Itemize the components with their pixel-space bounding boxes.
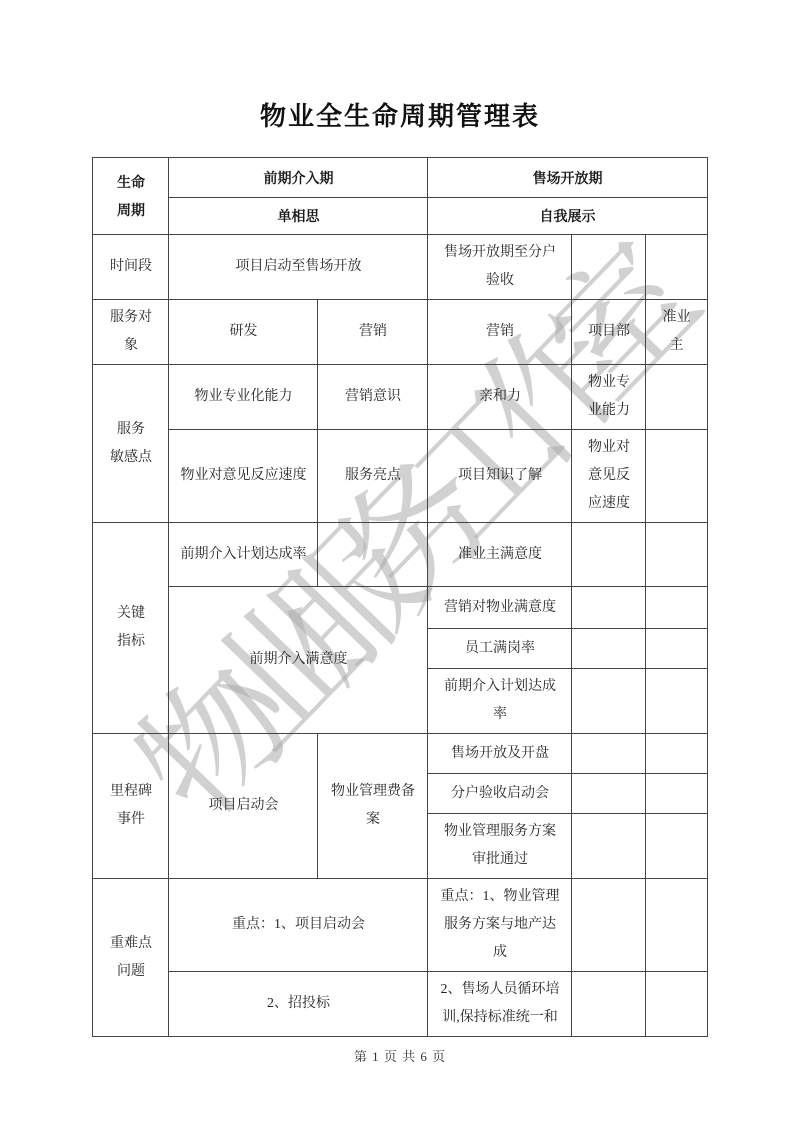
label-line: 里程碑 <box>103 778 158 806</box>
empty-cell <box>572 587 646 629</box>
cell-difficulty-phase1-1: 重点：1、项目启动会 <box>169 879 428 972</box>
empty-cell <box>646 365 707 430</box>
empty-cell <box>572 879 646 972</box>
cell-target-rd: 研发 <box>169 300 318 365</box>
table-row: 单相思 自我展示 <box>93 198 707 235</box>
label-line: 关键 <box>103 600 158 628</box>
header-phase1-name: 前期介入期 <box>169 158 428 198</box>
cell-milestone-phase2-2: 分户验收启动会 <box>428 774 572 814</box>
header-phase2-theme: 自我展示 <box>428 198 707 235</box>
empty-cell <box>646 587 707 629</box>
cell-target-project-dept: 项目部 <box>572 300 646 365</box>
label-line: 事件 <box>103 806 158 834</box>
row-label-time-period: 时间段 <box>93 235 169 300</box>
cell-milestone-phase1-kickoff: 项目启动会 <box>169 734 318 879</box>
empty-cell <box>646 430 707 523</box>
cell-indicator-phase1-top: 前期介入计划达成率 <box>169 523 318 587</box>
table-row: 前期介入满意度 营销对物业满意度 <box>93 587 707 629</box>
cell-indicator-phase2-4: 前期介入计划达成率 <box>428 669 572 734</box>
empty-cell <box>572 235 646 300</box>
table-row: 2、招投标 2、售场人员循环培训,保持标准统一和 <box>93 972 707 1037</box>
cell-indicator-phase2-2: 营销对物业满意度 <box>428 587 572 629</box>
label-line: 重难点 <box>103 930 158 958</box>
header-phase2-name: 售场开放期 <box>428 158 707 198</box>
table-row: 物业对意见反应速度 服务亮点 项目知识了解 物业对意见反应速度 <box>93 430 707 523</box>
table-row: 服务 敏感点 物业专业化能力 营销意识 亲和力 物业专业能力 <box>93 365 707 430</box>
cell-target-marketing2: 营销 <box>428 300 572 365</box>
empty-cell <box>646 523 707 587</box>
empty-cell <box>646 669 707 734</box>
row-label-key-indicators: 关键 指标 <box>93 523 169 734</box>
table-row: 关键 指标 前期介入计划达成率 准业主满意度 <box>93 523 707 587</box>
label-line: 周期 <box>103 196 158 224</box>
cell-target-marketing1: 营销 <box>318 300 428 365</box>
cell-sensitive-r2c4: 物业对意见反应速度 <box>572 430 646 523</box>
cell-milestone-phase1-fee-filing: 物业管理费备案 <box>318 734 428 879</box>
empty-cell <box>646 734 707 774</box>
cell-time-period-phase1: 项目启动至售场开放 <box>169 235 428 300</box>
cell-difficulty-phase2-2: 2、售场人员循环培训,保持标准统一和 <box>428 972 572 1037</box>
header-lifecycle-label: 生命 周期 <box>93 158 169 235</box>
cell-indicator-phase2-3: 员工满岗率 <box>428 629 572 669</box>
cell-milestone-phase2-3: 物业管理服务方案审批通过 <box>428 814 572 879</box>
empty-cell <box>646 814 707 879</box>
empty-cell <box>572 774 646 814</box>
lifecycle-table: 生命 周期 前期介入期 售场开放期 单相思 自我展示 时间段 项目启动至售场开放… <box>92 157 707 1037</box>
row-label-service-targets: 服务对 象 <box>93 300 169 365</box>
label-line: 生命 <box>103 168 158 196</box>
empty-cell <box>572 814 646 879</box>
cell-indicator-phase1-merged: 前期介入满意度 <box>169 587 428 734</box>
page-title: 物业全生命周期管理表 <box>0 0 800 133</box>
page-number: 第 1 页 共 6 页 <box>0 1046 800 1065</box>
table-row: 服务对 象 研发 营销 营销 项目部 准业主 <box>93 300 707 365</box>
row-label-difficulties: 重难点 问题 <box>93 879 169 1037</box>
table-row: 里程碑 事件 项目启动会 物业管理费备案 售场开放及开盘 <box>93 734 707 774</box>
empty-cell <box>646 879 707 972</box>
cell-sensitive-r2c3: 项目知识了解 <box>428 430 572 523</box>
cell-sensitive-r2c1: 物业对意见反应速度 <box>169 430 318 523</box>
empty-cell <box>646 235 707 300</box>
table-row: 时间段 项目启动至售场开放 售场开放期至分户验收 <box>93 235 707 300</box>
label-line: 服务 <box>103 416 158 444</box>
table-row: 重难点 问题 重点：1、项目启动会 重点：1、物业管理服务方案与地产达成 <box>93 879 707 972</box>
cell-indicator-phase2-1: 准业主满意度 <box>428 523 572 587</box>
label-line: 服务对 <box>103 304 158 332</box>
document-page: 物业服务工作室 物业全生命周期管理表 生命 周期 前期介入期 售场开放期 单相思… <box>0 0 800 1131</box>
cell-target-prospective-owner: 准业主 <box>646 300 707 365</box>
cell-sensitive-r2c2: 服务亮点 <box>318 430 428 523</box>
cell-sensitive-r1c2: 营销意识 <box>318 365 428 430</box>
cell-difficulty-phase2-1: 重点：1、物业管理服务方案与地产达成 <box>428 879 572 972</box>
label-line: 指标 <box>103 628 158 656</box>
empty-cell <box>318 523 428 587</box>
empty-cell <box>572 972 646 1037</box>
table-row: 生命 周期 前期介入期 售场开放期 <box>93 158 707 198</box>
cell-sensitive-r1c1: 物业专业化能力 <box>169 365 318 430</box>
empty-cell <box>572 669 646 734</box>
empty-cell <box>572 734 646 774</box>
cell-sensitive-r1c4: 物业专业能力 <box>572 365 646 430</box>
label-line: 象 <box>103 332 158 360</box>
row-label-sensitive-points: 服务 敏感点 <box>93 365 169 523</box>
cell-milestone-phase2-1: 售场开放及开盘 <box>428 734 572 774</box>
empty-cell <box>572 629 646 669</box>
empty-cell <box>572 523 646 587</box>
header-phase1-theme: 单相思 <box>169 198 428 235</box>
cell-difficulty-phase1-2: 2、招投标 <box>169 972 428 1037</box>
empty-cell <box>646 629 707 669</box>
cell-time-period-phase2: 售场开放期至分户验收 <box>428 235 572 300</box>
empty-cell <box>646 774 707 814</box>
label-line: 问题 <box>103 958 158 986</box>
empty-cell <box>646 972 707 1037</box>
row-label-milestones: 里程碑 事件 <box>93 734 169 879</box>
label-line: 敏感点 <box>103 444 158 472</box>
cell-sensitive-r1c3: 亲和力 <box>428 365 572 430</box>
